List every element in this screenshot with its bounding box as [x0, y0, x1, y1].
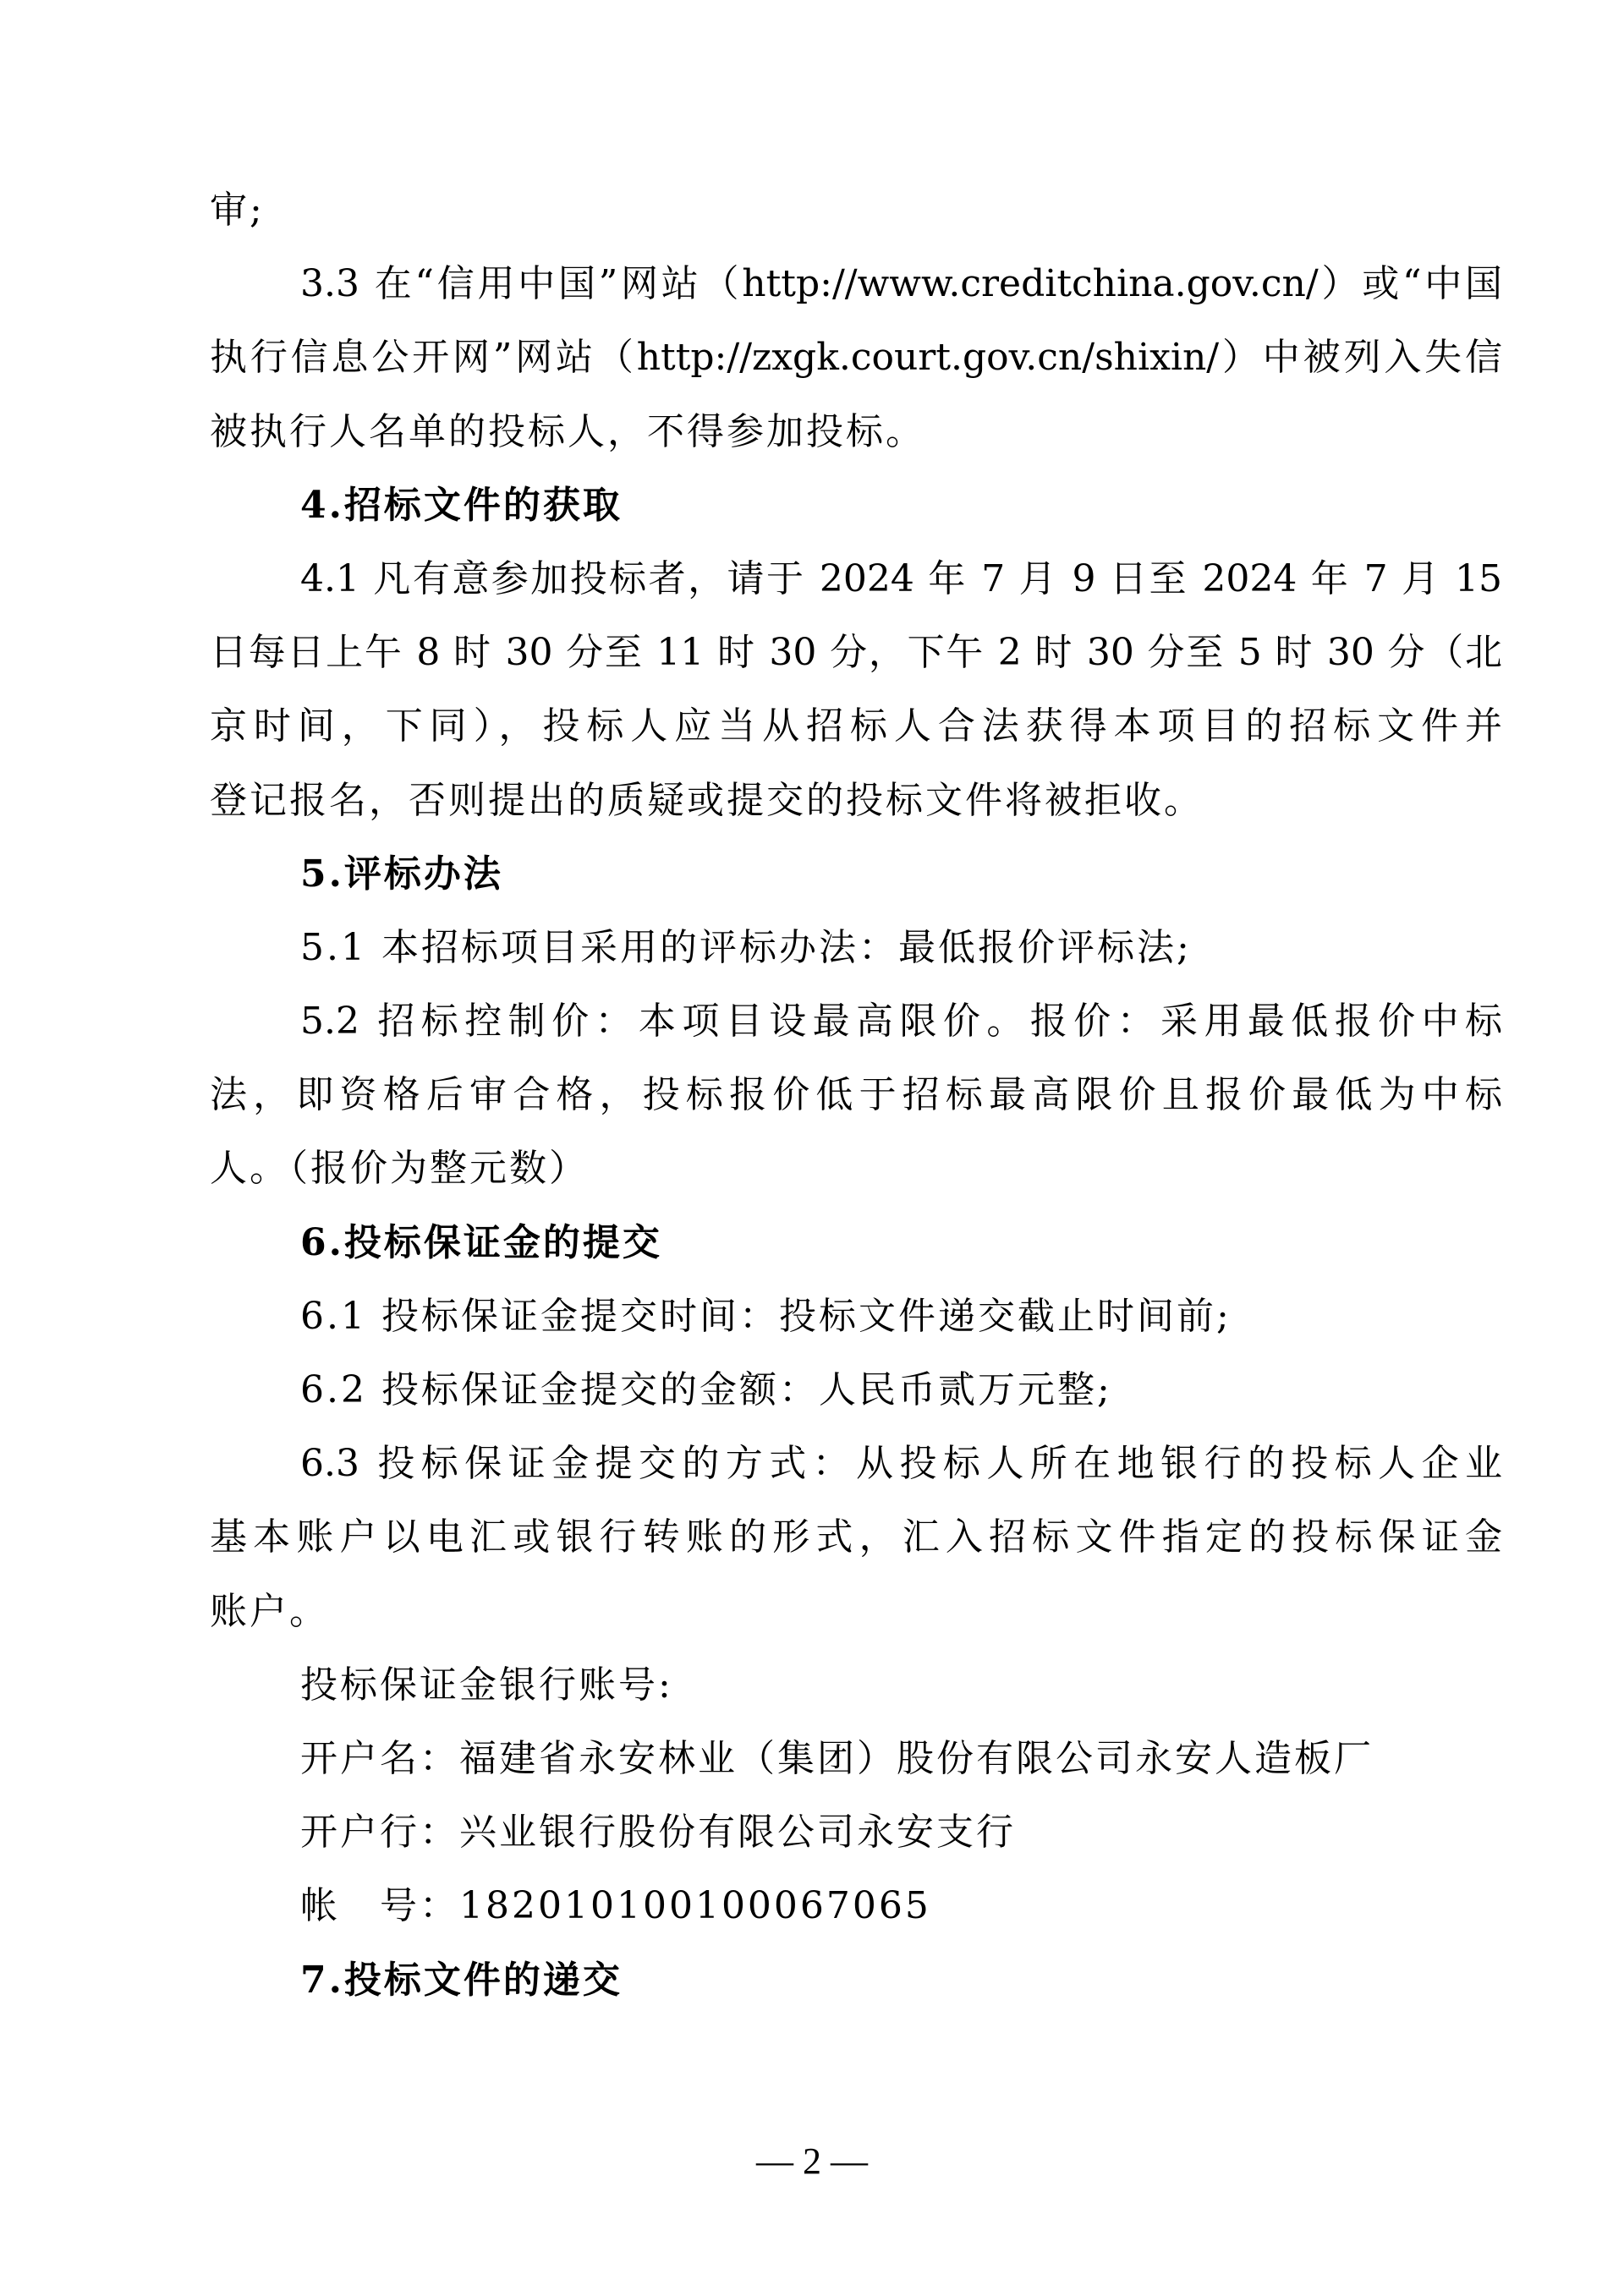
text-line: 账户。: [210, 1575, 1502, 1648]
bank-account-label: 投标保证金银行账号:: [210, 1648, 1502, 1722]
document-page: 审; 3.3 在“信用中国”网站（http://www.creditchina.…: [210, 173, 1502, 2017]
text-line: 日每日上午 8 时 30 分至 11 时 30 分，下午 2 时 30 分至 5…: [210, 616, 1502, 689]
text-line: 被执行人名单的投标人，不得参加投标。: [210, 395, 1502, 469]
text-line: 3.3 在“信用中国”网站（http://www.creditchina.gov…: [210, 247, 1502, 321]
text-line: 执行信息公开网”网站（http://zxgk.court.gov.cn/shix…: [210, 321, 1502, 394]
text-line: 京时间，下同），投标人应当从招标人合法获得本项目的招标文件并: [210, 689, 1502, 763]
page-number: — 2 —: [0, 2140, 1624, 2183]
text-line: 6.2 投标保证金提交的金额：人民币贰万元整;: [210, 1353, 1502, 1427]
text-line: 6.1 投标保证金提交时间：投标文件递交截止时间前;: [210, 1280, 1502, 1353]
text-line: 法，即资格后审合格，投标报价低于招标最高限价且报价最低为中标: [210, 1058, 1502, 1132]
section-heading: 5.评标办法: [210, 837, 1502, 911]
text-line: 基本账户以电汇或银行转账的形式，汇入招标文件指定的投标保证金: [210, 1500, 1502, 1574]
account-number: 帐 号：182010100100067065: [210, 1869, 1502, 1943]
text-line: 审;: [210, 173, 1502, 247]
account-name: 开户名：福建省永安林业（集团）股份有限公司永安人造板厂: [210, 1722, 1502, 1795]
text-line: 6.3 投标保证金提交的方式：从投标人所在地银行的投标人企业: [210, 1427, 1502, 1500]
section-heading: 7.投标文件的递交: [210, 1943, 1502, 2017]
text-line: 4.1 凡有意参加投标者，请于 2024 年 7 月 9 日至 2024 年 7…: [210, 542, 1502, 616]
text-line: 登记报名，否则提出的质疑或提交的投标文件将被拒收。: [210, 764, 1502, 837]
text-line: 人。（报价为整元数）: [210, 1132, 1502, 1205]
section-heading: 6.投标保证金的提交: [210, 1206, 1502, 1280]
text-line: 5.2 招标控制价：本项目设最高限价。报价：采用最低报价中标: [210, 984, 1502, 1058]
section-heading: 4.招标文件的获取: [210, 469, 1502, 542]
text-line: 5.1 本招标项目采用的评标办法：最低报价评标法;: [210, 911, 1502, 984]
account-bank: 开户行：兴业银行股份有限公司永安支行: [210, 1795, 1502, 1869]
